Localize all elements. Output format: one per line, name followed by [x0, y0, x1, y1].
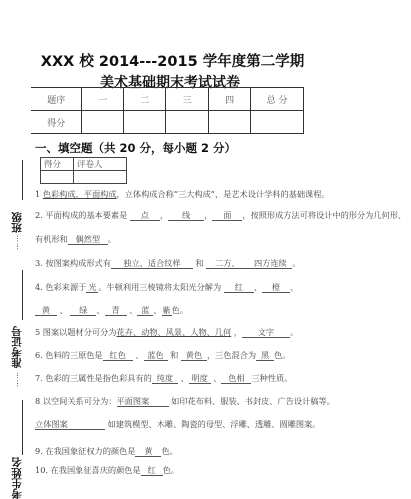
score-table-score-row: 得分: [31, 111, 304, 134]
question-text: 。牛顿利用三棱镜将太阳光分解为: [98, 282, 221, 292]
score-table-header-row: 题序 一 二 三 四 总 分: [31, 88, 304, 111]
answer-blank: 纯度: [152, 373, 178, 384]
question-8-line2: 立体图案 如建筑模型、木雕、陶瓷的母型、浮雕、透雕、圆雕图案。: [35, 419, 321, 430]
answer-blank: 黄: [135, 446, 161, 457]
grader-header-grader: 评卷人: [74, 158, 127, 171]
answer-blank: 红: [224, 282, 254, 293]
grader-header-score: 得分: [41, 158, 74, 171]
question-text: ，立体构成合称“三大构成”，是艺术设计学科的基础课程。: [117, 189, 330, 199]
question-text: 3. 按图案构成形式有: [35, 258, 111, 268]
question-2-line2: 有机形和偶然型。: [35, 234, 116, 245]
answer-blank: 光: [86, 282, 98, 293]
question-text: ，三色混合为: [207, 350, 256, 360]
score-input-cell[interactable]: [124, 111, 166, 134]
answer-blank: 平面图案: [117, 396, 169, 407]
question-9: 9. 在我国象征权力的颜色是黄色。: [35, 446, 178, 457]
score-table: 题序 一 二 三 四 总 分 得分: [31, 87, 304, 134]
question-text: 7. 色彩的三属性是指色彩具有的: [35, 373, 152, 383]
answer-blank: 花卉、动物、风景、人物、几何: [117, 327, 232, 337]
binding-dots: ……: [19, 235, 23, 273]
question-8: 8 以空间关系可分为：平面图案 如印花布料、服装、书封皮、广告设计稿等。: [35, 396, 335, 407]
question-7: 7. 色彩的三属性是指色彩具有的纯度 、明度 、色相三种性质。: [35, 373, 292, 384]
question-text: 。: [290, 327, 298, 337]
question-10: 10. 在我国象征喜庆的颜色是红色。: [35, 465, 179, 476]
exam-title-line1: XXX 校 2014---2015 学年度第二学期: [0, 50, 345, 71]
question-3: 3. 按图案构成形式有独立、适合纹样 和 二方、四方连续。: [35, 258, 301, 269]
grader-table: 得分 评卷人: [40, 157, 127, 184]
answer-blank: 橙: [262, 282, 290, 293]
answer-blank: 二方、: [206, 258, 248, 269]
question-text: 和: [170, 350, 178, 360]
question-text: 5 图案以题材分可分为: [35, 327, 117, 337]
score-input-cell[interactable]: [166, 111, 209, 134]
score-cell: 得分: [31, 111, 82, 134]
answer-blank: 线: [168, 210, 204, 221]
question-number: 1: [35, 189, 40, 199]
question-text: 。: [108, 234, 116, 244]
question-text: 。: [292, 258, 300, 268]
question-4-line2: 黄 、 绿、青 、蓝、紫色。: [35, 305, 188, 316]
score-cell: 题序: [31, 88, 82, 111]
grader-name-cell[interactable]: [74, 171, 127, 184]
answer-blank: 红色: [103, 350, 133, 361]
score-cell: 三: [166, 88, 209, 111]
score-input-cell[interactable]: [82, 111, 124, 134]
question-2: 2. 平面构成的基本要素是 点，线，面，按照形成方法可将设计中的形分为几何形、: [35, 210, 406, 221]
section-heading: 一、填空题（共 20 分，每小题 2 分）: [35, 140, 236, 156]
question-text: 有机形和: [35, 234, 68, 244]
question-text: 8 以空间关系可分为：: [35, 396, 117, 406]
answer-blank: 文字: [242, 327, 290, 338]
answer-blank: 蓝色: [144, 350, 168, 361]
question-text: 如建筑模型、木雕、陶瓷的母型、浮雕、透雕、圆雕图案。: [108, 419, 321, 429]
score-input-cell[interactable]: [251, 111, 304, 134]
score-cell: 总 分: [251, 88, 304, 111]
question-text: 2. 平面构成的基本要素是: [35, 210, 127, 220]
answer-blank: 黑: [256, 350, 274, 361]
answer-blank: 黄: [35, 305, 57, 316]
answer-blank: 独立、适合纹样: [111, 258, 193, 269]
question-text: 4. 色彩来源于: [35, 282, 86, 292]
grader-score-cell[interactable]: [41, 171, 74, 184]
exam-id-label: 准考证号: [10, 318, 24, 368]
answer-blank: 立体图案: [35, 419, 105, 430]
answer-blank: 四方连续: [248, 258, 292, 269]
answer-blank: 点: [130, 210, 160, 221]
question-6: 6. 色料的三原色是红色 、蓝色 和 黄色，三色混合为黑色。: [35, 350, 290, 361]
question-text: 如印花布料、服装、书封皮、广告设计稿等。: [171, 396, 335, 406]
question-1: 1 色彩构成，平面构成，立体构成合称“三大构成”，是艺术设计学科的基础课程。: [35, 189, 330, 200]
score-cell: 一: [82, 88, 124, 111]
question-text: 三种性质。: [251, 373, 292, 383]
answer-blank: 青: [105, 305, 127, 316]
answer-blank: 面: [212, 210, 242, 221]
score-input-cell[interactable]: [209, 111, 251, 134]
question-4: 4. 色彩来源于光。牛顿利用三棱镜将太阳光分解为 红、橙、: [35, 282, 298, 293]
binding-line-mid1: [22, 270, 23, 320]
score-cell: 二: [124, 88, 166, 111]
answer-blank: 绿: [70, 305, 96, 316]
question-text: 10. 在我国象征喜庆的颜色是: [35, 465, 141, 475]
question-text: 色。: [172, 305, 188, 315]
answer-blank: 黄色: [181, 350, 207, 361]
question-text: ，按照形成方法可将设计中的形分为几何形、: [242, 210, 406, 220]
question-text: 色。: [274, 350, 290, 360]
answer-blank: 红: [141, 465, 163, 476]
class-label: 班级: [10, 205, 24, 233]
answer-blank: 紫: [162, 305, 172, 316]
question-text: 9. 在我国象征权力的颜色是: [35, 446, 135, 456]
answer-blank: 色相: [221, 373, 251, 384]
answer-blank: 蓝: [137, 305, 153, 316]
binding-dots: ……: [19, 372, 23, 402]
answer-blank: 色彩构成，平面构成: [43, 189, 117, 199]
binding-line-top: [22, 160, 23, 200]
score-cell: 四: [209, 88, 251, 111]
binding-line-mid2: [22, 400, 23, 455]
question-text: 色。: [163, 465, 179, 475]
name-label: 考生姓名: [10, 452, 24, 499]
question-text: 和: [196, 258, 204, 268]
question-5: 5 图案以题材分可分为花卉、动物、风景、人物、几何 ，文字。: [35, 327, 298, 338]
question-text: 6. 色料的三原色是: [35, 350, 103, 360]
answer-blank: 偶然型: [68, 234, 108, 245]
answer-blank: 明度: [189, 373, 211, 384]
question-text: 色。: [161, 446, 177, 456]
